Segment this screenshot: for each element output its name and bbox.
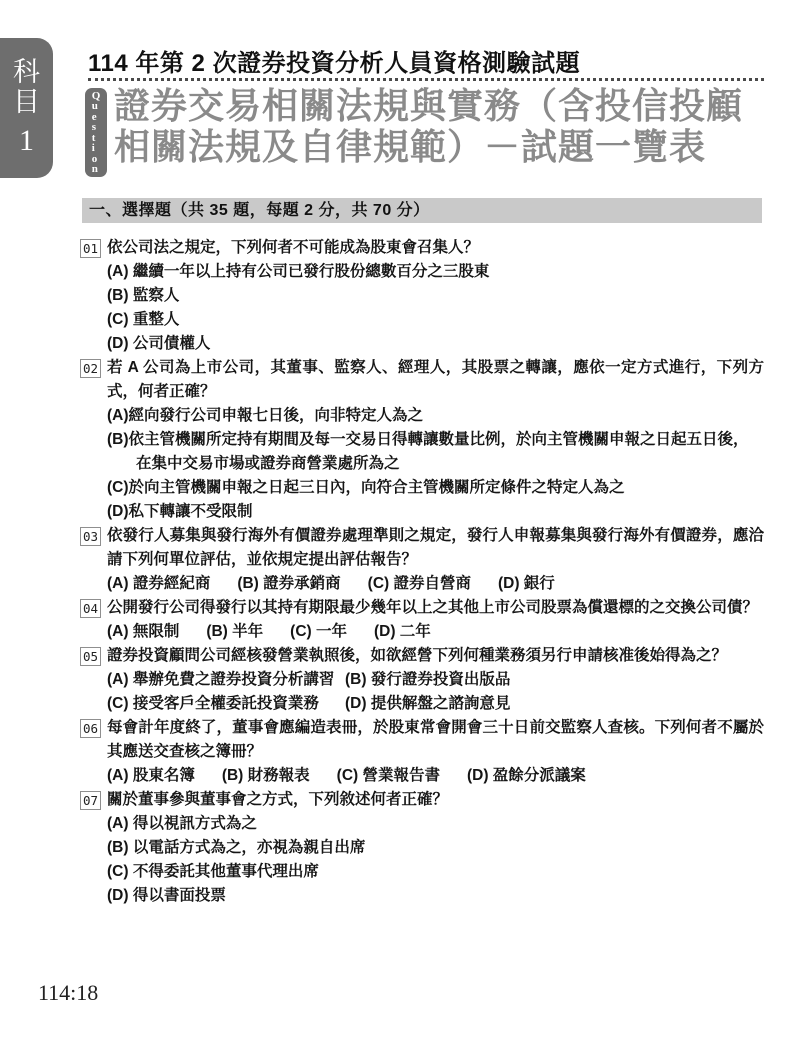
question-block: 06 每會計年度終了，董事會應編造表冊，於股東常會開會三十日前交監察人查核。下列… — [80, 716, 764, 788]
section-header: 一、選擇題（共 35 題，每題 2 分，共 70 分） — [82, 198, 762, 223]
question-text: 證券投資顧問公司經核發營業執照後，如欲經營下列何種業務須另行申請核准後始得為之？ — [107, 644, 764, 668]
question-options: (A)經向發行公司申報七日後，向非特定人為之(B)依主管機關所定持有期間及每一交… — [107, 404, 764, 524]
question-option: (C) 不得委託其他董事代理出席 — [107, 860, 764, 884]
question-number: 01 — [80, 239, 101, 258]
question-option: (D) 公司債權人 — [107, 332, 764, 356]
question-number: 06 — [80, 719, 101, 738]
subject-label: 科目 — [13, 57, 40, 117]
subject-tab: 科目 1 — [0, 38, 53, 178]
question-text: 依發行人募集與發行海外有價證券處理準則之規定，發行人申報募集與發行海外有價證券，… — [107, 524, 764, 572]
vertical-letter: i — [92, 143, 101, 154]
question-option: (A) 股東名簿 — [107, 764, 195, 788]
question-text: 關於董事參與董事會之方式，下列敘述何者正確？ — [107, 788, 764, 812]
question-option: (D) 提供解盤之諮詢意見 — [345, 692, 764, 716]
vertical-letter: s — [92, 122, 101, 133]
question-option: (C)於向主管機關申報之日起三日內，向符合主管機關所定條件之特定人為之 — [107, 476, 764, 500]
question-option: (A) 得以視訊方式為之 — [107, 812, 764, 836]
question-option: (C) 證券自營商 — [368, 572, 471, 596]
question-option: (D)私下轉讓不受限制 — [107, 500, 764, 524]
dotted-divider — [88, 78, 764, 81]
question-option: (C) 接受客戶全權委託投資業務 — [107, 692, 345, 716]
question-option: (B) 半年 — [206, 620, 263, 644]
question-option: (C) 重整人 — [107, 308, 764, 332]
question-option: (A) 證券經紀商 — [107, 572, 210, 596]
question-option: (B) 證券承銷商 — [237, 572, 340, 596]
question-tab-pill: Question — [85, 88, 107, 177]
question-text: 公開發行公司得發行以其持有期限最少幾年以上之其他上市公司股票為償還標的之交換公司… — [107, 596, 764, 620]
question-number: 05 — [80, 647, 101, 666]
question-tab-letters: Question — [92, 91, 101, 175]
question-block: 05 證券投資顧問公司經核發營業執照後，如欲經營下列何種業務須另行申請核准後始得… — [80, 644, 764, 716]
question-option: (D) 二年 — [374, 620, 431, 644]
question-option: (B) 財務報表 — [222, 764, 310, 788]
question-body: 關於董事參與董事會之方式，下列敘述何者正確？ (A) 得以視訊方式為之(B) 以… — [107, 788, 764, 908]
question-body: 依公司法之規定，下列何者不可能成為股東會召集人？ (A) 繼續一年以上持有公司已… — [107, 236, 764, 356]
question-body: 證券投資顧問公司經核發營業執照後，如欲經營下列何種業務須另行申請核准後始得為之？… — [107, 644, 764, 716]
question-option: (B) 以電話方式為之，亦視為親自出席 — [107, 836, 764, 860]
question-options: (A) 證券經紀商(B) 證券承銷商(C) 證券自營商(D) 銀行 — [107, 572, 764, 596]
question-text: 每會計年度終了，董事會應編造表冊，於股東常會開會三十日前交監察人查核。下列何者不… — [107, 716, 764, 764]
vertical-letter: 科 — [13, 57, 40, 87]
question-option: (B) 發行證券投資出版品 — [345, 668, 764, 692]
question-block: 03 依發行人募集與發行海外有價證券處理準則之規定，發行人申報募集與發行海外有價… — [80, 524, 764, 596]
question-options: (A) 繼續一年以上持有公司已發行股份總數百分之三股東(B) 監察人(C) 重整… — [107, 260, 764, 356]
question-number: 03 — [80, 527, 101, 546]
question-options: (A) 得以視訊方式為之(B) 以電話方式為之，亦視為親自出席(C) 不得委託其… — [107, 812, 764, 908]
question-option: (B) 監察人 — [107, 284, 764, 308]
question-body: 公開發行公司得發行以其持有期限最少幾年以上之其他上市公司股票為償還標的之交換公司… — [107, 596, 764, 644]
question-option: (D) 得以書面投票 — [107, 884, 764, 908]
question-options: (A) 舉辦免費之證券投資分析講習(B) 發行證券投資出版品(C) 接受客戶全權… — [107, 668, 764, 716]
question-text: 若 A 公司為上市公司，其董事、監察人、經理人，其股票之轉讓，應依一定方式進行，… — [107, 356, 764, 404]
question-option: (A) 舉辦免費之證券投資分析講習 — [107, 668, 345, 692]
question-block: 02 若 A 公司為上市公司，其董事、監察人、經理人，其股票之轉讓，應依一定方式… — [80, 356, 764, 524]
question-block: 01 依公司法之規定，下列何者不可能成為股東會召集人？ (A) 繼續一年以上持有… — [80, 236, 764, 356]
exam-title: 114 年第 2 次證券投資分析人員資格測驗試題 — [88, 43, 768, 78]
question-option: (C) 營業報告書 — [337, 764, 440, 788]
subject-number: 1 — [19, 125, 34, 157]
question-body: 依發行人募集與發行海外有價證券處理準則之規定，發行人申報募集與發行海外有價證券，… — [107, 524, 764, 596]
question-option: (C) 一年 — [290, 620, 347, 644]
question-options: (A) 無限制(B) 半年(C) 一年(D) 二年 — [107, 620, 764, 644]
subject-title: 證券交易相關法規與實務（含投信投顧 相關法規及自律規範）－試題一覽表 — [114, 86, 774, 168]
exam-page: 科目 1 114 年第 2 次證券投資分析人員資格測驗試題 Question 證… — [0, 0, 790, 1045]
question-option: (B)依主管機關所定持有期間及每一交易日得轉讓數量比例，於向主管機關申報之日起五… — [107, 428, 764, 476]
page-footer-ref: 114:18 — [38, 980, 98, 1006]
question-number: 04 — [80, 599, 101, 618]
vertical-letter: u — [92, 101, 101, 112]
question-number: 02 — [80, 359, 101, 378]
question-option: (A) 無限制 — [107, 620, 179, 644]
vertical-letter: n — [92, 164, 101, 175]
question-option: (A)經向發行公司申報七日後，向非特定人為之 — [107, 404, 764, 428]
vertical-letter: 目 — [13, 87, 40, 117]
question-text: 依公司法之規定，下列何者不可能成為股東會召集人？ — [107, 236, 764, 260]
question-block: 04 公開發行公司得發行以其持有期限最少幾年以上之其他上市公司股票為償還標的之交… — [80, 596, 764, 644]
question-block: 07 關於董事參與董事會之方式，下列敘述何者正確？ (A) 得以視訊方式為之(B… — [80, 788, 764, 908]
question-number: 07 — [80, 791, 101, 810]
subject-title-line2: 相關法規及自律規範）－試題一覽表 — [114, 127, 774, 168]
question-options: (A) 股東名簿(B) 財務報表(C) 營業報告書(D) 盈餘分派議案 — [107, 764, 764, 788]
question-body: 若 A 公司為上市公司，其董事、監察人、經理人，其股票之轉讓，應依一定方式進行，… — [107, 356, 764, 524]
question-list: 01 依公司法之規定，下列何者不可能成為股東會召集人？ (A) 繼續一年以上持有… — [80, 236, 764, 908]
question-option: (D) 銀行 — [498, 572, 555, 596]
question-option: (A) 繼續一年以上持有公司已發行股份總數百分之三股東 — [107, 260, 764, 284]
question-option: (D) 盈餘分派議案 — [467, 764, 586, 788]
subject-title-line1: 證券交易相關法規與實務（含投信投顧 — [114, 86, 774, 127]
question-body: 每會計年度終了，董事會應編造表冊，於股東常會開會三十日前交監察人查核。下列何者不… — [107, 716, 764, 788]
